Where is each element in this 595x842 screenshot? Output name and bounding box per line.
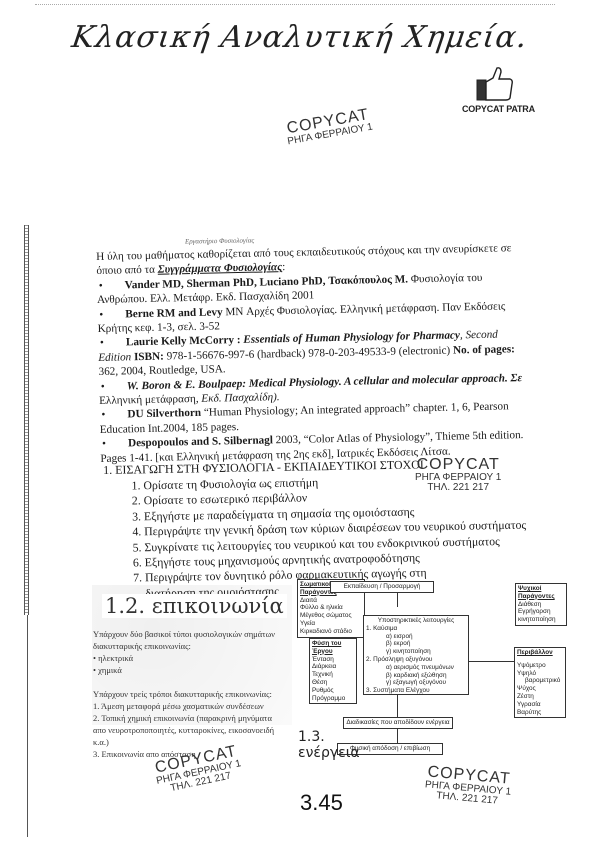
- box-item: Τεχνική: [312, 671, 354, 679]
- ref-authors: DU Silverthorn: [127, 407, 201, 421]
- section-1-2-title: 1.2. επικοινωνία: [102, 594, 287, 618]
- box-item: γ) κινητοποίηση: [366, 648, 466, 656]
- logo-label: COPYCAT PATRA: [462, 104, 535, 114]
- comm-line: • χημικά: [93, 664, 275, 676]
- section-number: 1.3.: [298, 729, 360, 745]
- box-item: γ) εξαγωγή οξυγόνου: [366, 679, 466, 687]
- intro-prefix: όποιο από τα: [96, 264, 158, 277]
- comm-line: Υπάρχουν δύο βασικοί τύποι φυσιολογικών …: [93, 628, 275, 640]
- box-title: Ψυχικοί Παράγοντες: [518, 585, 564, 601]
- intro-suffix: :: [282, 261, 285, 273]
- box-item: κινητοποίηση: [518, 616, 564, 624]
- box-item: Θέση: [312, 679, 354, 687]
- box-item: 2. Πρόσληψη οξυγόνου: [366, 656, 466, 664]
- box-title: Φύση του Έργου: [312, 640, 354, 656]
- stamp-line-3: ΤΗΛ. 221 217: [415, 483, 501, 493]
- box-title: Υποστηρικτικές λειτουργίες: [366, 617, 466, 625]
- communication-text: Υπάρχουν δύο βασικοί τύποι φυσιολογικών …: [93, 628, 275, 760]
- binding-edge-lower: [27, 615, 31, 837]
- box-item: Ζέστη: [517, 693, 563, 701]
- ref-edition: , Second: [460, 329, 498, 342]
- comm-line: κ.α.): [93, 736, 275, 748]
- box-item: α) εισροή: [366, 633, 466, 641]
- section-1-3-title: 1.3. ενέργεια: [298, 729, 360, 761]
- box-item: Μέγεθος σώματος: [300, 612, 362, 620]
- ref-title: Φυσιολογία του: [408, 272, 483, 286]
- box-item: Υψόμετρο: [517, 662, 563, 670]
- copycat-stamp: COPYCAT ΡΗΓΑ ΦΕΡΡΑΙΟΥ 1: [284, 107, 374, 152]
- box-item: Υγρασία: [517, 701, 563, 709]
- scan-top-edge: [35, 4, 555, 5]
- training-box: Εκπαίδευση / Προσαρμογή: [330, 581, 434, 593]
- ref-edition-cont: Edition: [98, 351, 134, 364]
- box-item: Ρυθμός: [312, 687, 354, 695]
- energy-processes-box: Διαδικασίες που αποδίδουν ενέργεια: [343, 717, 453, 729]
- copycat-stamp: COPYCAT ΡΗΓΑ ΦΕΡΡΑΙΟΥ 1 ΤΗΛ. 221 217: [415, 457, 501, 493]
- references-block: Η ύλη του μαθήματος καθορίζεται από τους…: [96, 240, 570, 466]
- box-title: Περιβάλλον: [517, 649, 563, 657]
- box-item: 3. Συστήματα Ελέγχου: [366, 687, 466, 695]
- box-item: Πρόγραμμο: [312, 695, 354, 703]
- section-title: ενέργεια: [298, 745, 360, 761]
- page-number: 3.45: [300, 790, 343, 816]
- isbn-label: ISBN:: [134, 350, 164, 363]
- comm-line: • ηλεκτρικά: [93, 652, 275, 664]
- comm-line: 1. Άμεση μεταφορά μέσω χασματικών συνδέσ…: [93, 700, 275, 712]
- binding-edge: [24, 225, 29, 615]
- support-functions-box: Υποστηρικτικές λειτουργίες 1. Καύσιμα α)…: [363, 615, 469, 695]
- ref-publisher: Εκδ. Πασχαλίδη).: [201, 391, 279, 405]
- box-item: Διάθεση: [518, 601, 564, 609]
- pages-label: No. of pages:: [453, 343, 515, 356]
- box-item: Διάρκεια: [312, 663, 354, 671]
- ref-authors: Laurie Kelly McCorry :: [126, 334, 244, 348]
- psychic-factors-box: Ψυχικοί Παράγοντες Διάθεση Εγρήγορση κιν…: [515, 583, 567, 626]
- comm-line: Υπάρχουν τρείς τρόποι διακυτταρικής επικ…: [93, 688, 275, 700]
- box-item: Βαρύτης: [517, 709, 563, 717]
- comm-line: διακυτταρικής επικοινωνίας:: [93, 640, 275, 652]
- box-item: α) αερισμός πνευμόνων: [366, 664, 466, 672]
- comm-line: 2. Τοπική χημική επικοινωνία (παρακρινή …: [93, 712, 275, 724]
- lab-header: Εργαστήριο Φυσιολογίας: [185, 236, 254, 245]
- ref-cont-text: Ελληνική μετάφραση,: [99, 393, 201, 407]
- box-item: 1. Καύσιμα: [366, 625, 466, 633]
- handwritten-title: Κλασική Αναλυτική Χημεία.: [70, 20, 530, 55]
- copycat-stamp: COPYCAT ΡΗΓΑ ΦΕΡΡΑΙΟΥ 1 ΤΗΛ. 221 217: [424, 764, 513, 807]
- box-item: Ψύχος: [517, 685, 563, 693]
- ref-authors: Despopoulos and S. Silbernagl: [128, 435, 273, 450]
- work-nature-box: Φύση του Έργου Ένταση Διάρκεια Τεχνική Θ…: [309, 638, 357, 704]
- ref-title: Essentials of Human Physiology for Pharm…: [243, 330, 460, 347]
- stamp-line-1: COPYCAT: [415, 457, 501, 473]
- box-item: Κιρκαδιανό στάδιο: [300, 628, 362, 636]
- box-item: Υγεία: [300, 620, 362, 628]
- comm-line: απο νευροτροποποιητές, κυτταροκίνες, εικ…: [93, 724, 275, 736]
- environment-box: Περιβάλλον Υψόμετρο Υψηλό βαρομετρικό Ψύ…: [514, 647, 566, 718]
- ref-authors: Berne RM and Levy: [125, 306, 222, 320]
- textbooks-link: Συγγράμματα Φυσιολογίας: [158, 262, 283, 277]
- thumbs-up-icon: [475, 66, 515, 102]
